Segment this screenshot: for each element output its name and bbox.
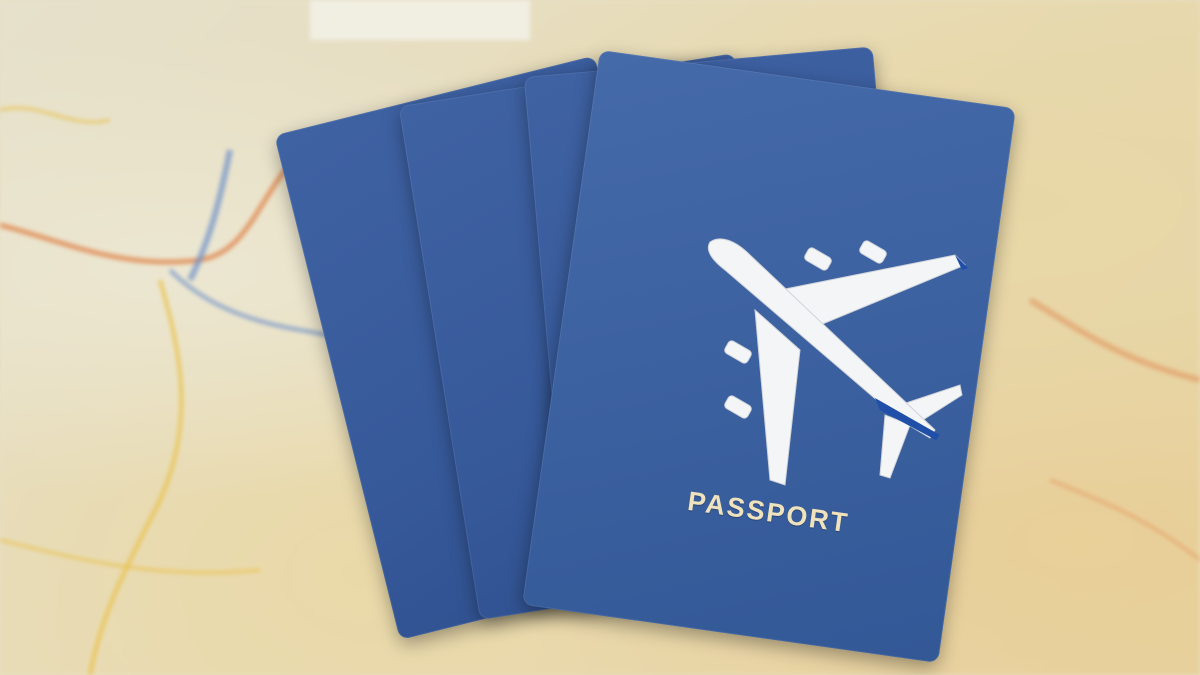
toy-airplane-icon (700, 230, 980, 500)
